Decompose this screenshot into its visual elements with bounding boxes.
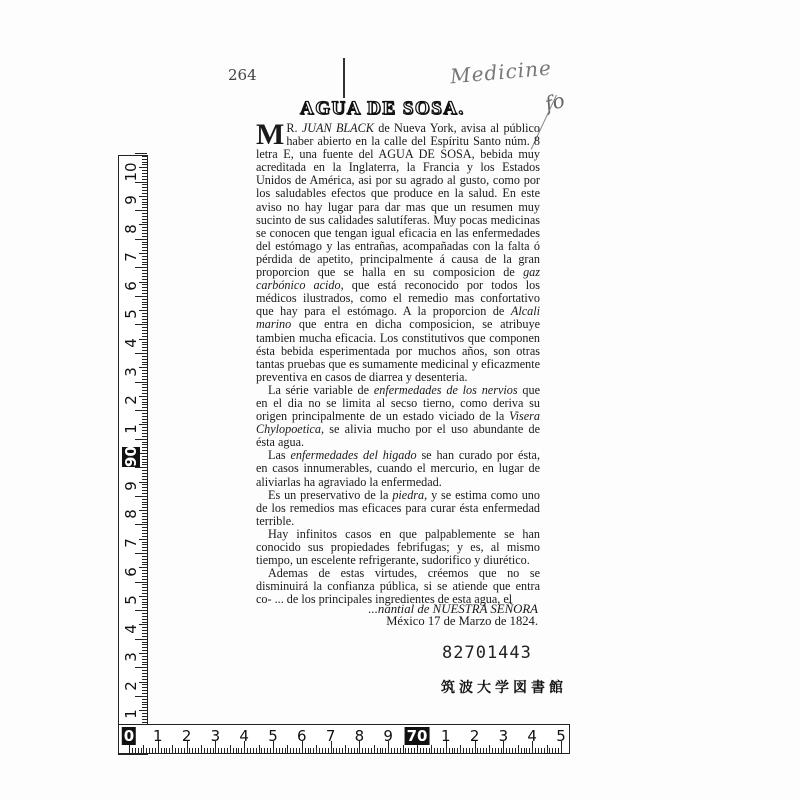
date-line: México 17 de Marzo de 1824.	[310, 614, 538, 629]
ruler-label: 6	[122, 276, 140, 296]
ruler-tick	[139, 396, 147, 397]
body-paragraph: Es un preservativo de la piedra, y se es…	[256, 489, 540, 528]
ruler-tick	[139, 453, 147, 454]
ruler-tick	[142, 716, 147, 717]
ruler-tick	[142, 470, 147, 471]
ruler-label: 7	[122, 533, 140, 553]
ruler-tick	[480, 748, 481, 753]
ruler-tick	[250, 748, 251, 753]
ruler-tick	[152, 748, 153, 753]
ruler-tick	[142, 184, 147, 185]
ruler-tick	[495, 748, 496, 753]
ruler-tick	[405, 748, 406, 753]
ruler-label: 5	[122, 590, 140, 610]
ruler-tick	[142, 299, 147, 300]
ruler-tick	[142, 607, 147, 608]
ruler-tick	[139, 339, 147, 340]
ruler-tick	[142, 347, 147, 348]
ruler-tick	[142, 379, 147, 380]
ruler-tick	[342, 748, 343, 753]
ruler-tick	[142, 370, 147, 371]
ruler-tick	[142, 522, 147, 523]
ruler-tick	[142, 359, 147, 360]
ruler-tick	[142, 156, 147, 157]
ruler-tick	[142, 190, 147, 191]
ruler-tick	[218, 748, 219, 753]
ruler-tick	[139, 710, 147, 711]
ruler-tick	[142, 276, 147, 277]
ruler-tick	[509, 748, 510, 753]
ruler-tick	[142, 330, 147, 331]
handwritten-annotation: Medicine	[449, 56, 553, 89]
ruler-tick	[142, 722, 147, 723]
ruler-label: 9	[383, 727, 393, 745]
ruler-tick	[204, 748, 205, 753]
ruler-tick	[142, 516, 147, 517]
ruler-tick	[420, 748, 421, 753]
ruler-label: 9	[122, 476, 140, 496]
ruler-tick	[142, 293, 147, 294]
ruler-tick	[411, 748, 412, 753]
ruler-tick	[549, 748, 550, 753]
ruler-tick	[142, 490, 147, 491]
ruler-label: 4	[122, 619, 140, 639]
ruler-tick	[142, 327, 147, 328]
ruler-tick	[365, 748, 366, 753]
ruler-label: 3	[499, 727, 509, 745]
ruler-tick	[139, 510, 147, 511]
ruler-tick	[142, 547, 147, 548]
ruler-tick	[282, 748, 283, 753]
ruler-tick	[135, 553, 147, 554]
ruler-tick	[142, 604, 147, 605]
ruler-tick	[142, 259, 147, 260]
ruler-tick	[142, 442, 147, 443]
ruler-tick	[189, 748, 190, 753]
ruler-tick	[477, 748, 478, 753]
vertical-scale-ruler: 01234567899012345678910	[118, 155, 148, 755]
ruler-tick	[142, 319, 147, 320]
ruler-tick	[437, 748, 438, 753]
ruler-label: 0	[122, 727, 136, 745]
body-paragraph: Ademas de estas virtudes, créemos que no…	[256, 567, 540, 606]
ruler-tick	[161, 748, 162, 753]
ruler-tick	[142, 504, 147, 505]
ruler-tick	[142, 676, 147, 677]
ruler-tick	[175, 748, 176, 753]
ruler-label: 3	[122, 647, 140, 667]
ruler-tick	[449, 748, 450, 753]
ruler-tick	[142, 270, 147, 271]
ruler-tick	[142, 599, 147, 600]
ruler-tick	[142, 447, 147, 448]
ruler-tick	[141, 748, 142, 753]
ruler-tick	[132, 748, 133, 753]
ruler-tick	[142, 176, 147, 177]
ruler-tick	[184, 748, 185, 753]
ruler-tick	[142, 476, 147, 477]
ruler-tick	[142, 173, 147, 174]
ruler-tick	[345, 745, 346, 753]
ruler-tick	[142, 213, 147, 214]
ruler-tick	[198, 748, 199, 753]
ruler-tick	[371, 748, 372, 753]
ruler-tick	[290, 748, 291, 753]
ruler-tick	[142, 527, 147, 528]
ruler-tick	[142, 384, 147, 385]
ruler-tick	[142, 664, 147, 665]
ruler-tick	[142, 590, 147, 591]
ruler-label: 1	[153, 727, 163, 745]
body-paragraph: MR. JUAN BLACK de Nueva York, avisa al p…	[256, 122, 540, 384]
ruler-tick	[276, 748, 277, 753]
ruler-tick	[164, 748, 165, 753]
ruler-tick	[139, 253, 147, 254]
ruler-tick	[142, 170, 147, 171]
ruler-tick	[142, 342, 147, 343]
ruler-tick	[142, 573, 147, 574]
ruler-label: 6	[297, 727, 307, 745]
ruler-tick	[142, 333, 147, 334]
ruler-tick	[142, 416, 147, 417]
ruler-tick	[142, 587, 147, 588]
ruler-tick	[142, 550, 147, 551]
ruler-tick	[521, 748, 522, 753]
ruler-tick	[166, 748, 167, 753]
ruler-tick	[518, 745, 519, 753]
ruler-tick	[515, 748, 516, 753]
ruler-tick	[142, 413, 147, 414]
ruler-tick	[139, 224, 147, 225]
ruler-tick	[142, 162, 147, 163]
ruler-tick	[139, 682, 147, 683]
ruler-tick	[142, 647, 147, 648]
ruler-tick	[333, 748, 334, 753]
ruler-tick	[336, 748, 337, 753]
ruler-tick	[142, 404, 147, 405]
ruler-tick	[377, 748, 378, 753]
ruler-tick	[431, 745, 432, 753]
ruler-tick	[210, 748, 211, 753]
ruler-tick	[207, 748, 208, 753]
ruler-tick	[142, 216, 147, 217]
ruler-tick	[142, 542, 147, 543]
ruler-tick	[535, 748, 536, 753]
ruler-tick	[241, 748, 242, 753]
ruler-tick	[142, 287, 147, 288]
ruler-tick	[142, 559, 147, 560]
ruler-tick	[261, 748, 262, 753]
ruler-tick	[139, 424, 147, 425]
ruler-tick	[279, 748, 280, 753]
body-paragraph: Las enfermedades del higado se han curad…	[256, 449, 540, 488]
ruler-tick	[142, 376, 147, 377]
ruler-tick	[142, 222, 147, 223]
ruler-tick	[362, 748, 363, 753]
ruler-tick	[142, 662, 147, 663]
ruler-tick	[142, 704, 147, 705]
ruler-tick	[233, 748, 234, 753]
ruler-tick	[357, 748, 358, 753]
ruler-tick	[394, 748, 395, 753]
ruler-tick	[142, 159, 147, 160]
ruler-tick	[135, 610, 147, 611]
ruler-tick	[142, 316, 147, 317]
ruler-tick	[135, 410, 147, 411]
ruler-label: 90	[122, 447, 140, 467]
ruler-tick	[142, 336, 147, 337]
ruler-tick	[498, 748, 499, 753]
ruler-tick	[463, 748, 464, 753]
ruler-tick	[135, 748, 136, 753]
ruler-tick	[541, 748, 542, 753]
ruler-tick	[142, 530, 147, 531]
ruler-tick	[238, 748, 239, 753]
document-body: MR. JUAN BLACK de Nueva York, avisa al p…	[256, 122, 540, 606]
ruler-tick	[142, 693, 147, 694]
ruler-tick	[142, 484, 147, 485]
ruler-tick	[142, 536, 147, 537]
ruler-tick	[403, 745, 404, 753]
ruler-tick	[538, 748, 539, 753]
ruler-tick	[391, 748, 392, 753]
ruler-tick	[135, 496, 147, 497]
ruler-tick	[142, 576, 147, 577]
ruler-tick	[142, 690, 147, 691]
ruler-label: 4	[527, 727, 537, 745]
ruler-tick	[142, 707, 147, 708]
ruler-tick	[142, 713, 147, 714]
ruler-tick	[142, 450, 147, 451]
ruler-tick	[139, 367, 147, 368]
ruler-tick	[328, 748, 329, 753]
ruler-tick	[380, 748, 381, 753]
ruler-tick	[368, 748, 369, 753]
ruler-label: 8	[122, 504, 140, 524]
ruler-tick	[181, 748, 182, 753]
ruler-tick	[142, 499, 147, 500]
ruler-tick	[139, 310, 147, 311]
ruler-tick	[139, 539, 147, 540]
ruler-tick	[354, 748, 355, 753]
ruler-tick	[230, 745, 231, 753]
ruler-tick	[224, 748, 225, 753]
horizontal-scale-ruler: 01234567897012345	[118, 724, 570, 754]
ruler-tick	[149, 748, 150, 753]
ruler-tick	[142, 419, 147, 420]
ruler-tick	[135, 524, 147, 525]
ruler-tick	[142, 247, 147, 248]
ruler-tick	[270, 748, 271, 753]
ruler-tick	[142, 422, 147, 423]
ruler-tick	[201, 745, 202, 753]
ruler-tick	[139, 482, 147, 483]
ruler-tick	[135, 210, 147, 211]
ruler-tick	[296, 748, 297, 753]
ruler-tick	[374, 745, 375, 753]
ruler-label: 70	[405, 727, 430, 745]
ruler-tick	[142, 493, 147, 494]
ruler-label: 1	[122, 704, 140, 724]
ruler-tick	[142, 233, 147, 234]
ruler-tick	[142, 650, 147, 651]
ruler-tick	[142, 373, 147, 374]
ruler-tick	[142, 627, 147, 628]
ruler-tick	[142, 313, 147, 314]
ruler-tick	[142, 702, 147, 703]
ruler-label: 5	[268, 727, 278, 745]
ruler-tick	[544, 748, 545, 753]
ruler-tick	[308, 748, 309, 753]
ruler-tick	[142, 427, 147, 428]
ruler-tick	[142, 636, 147, 637]
ruler-tick	[227, 748, 228, 753]
ruler-tick	[547, 745, 548, 753]
ruler-tick	[142, 684, 147, 685]
ruler-tick	[142, 279, 147, 280]
ruler-tick	[325, 748, 326, 753]
ruler-tick	[142, 204, 147, 205]
ruler-tick	[142, 513, 147, 514]
ruler-label: 4	[122, 333, 140, 353]
ruler-tick	[142, 659, 147, 660]
ruler-tick	[139, 653, 147, 654]
ruler-label: 7	[122, 247, 140, 267]
ruler-tick	[142, 656, 147, 657]
ruler-tick	[142, 616, 147, 617]
ruler-tick	[142, 402, 147, 403]
ruler-label: 8	[122, 219, 140, 239]
ruler-tick	[142, 562, 147, 563]
ruler-tick	[142, 579, 147, 580]
ruler-tick	[457, 748, 458, 753]
ruler-tick	[142, 679, 147, 680]
ruler-tick	[142, 230, 147, 231]
ruler-tick	[142, 350, 147, 351]
ruler-tick	[526, 748, 527, 753]
ruler-label: 8	[355, 727, 365, 745]
ruler-tick	[443, 748, 444, 753]
ruler-tick	[142, 390, 147, 391]
ruler-tick	[555, 748, 556, 753]
ruler-tick	[524, 748, 525, 753]
ruler-tick	[142, 179, 147, 180]
ruler-tick	[339, 748, 340, 753]
ruler-tick	[397, 748, 398, 753]
ruler-tick	[142, 630, 147, 631]
ruler-tick	[253, 748, 254, 753]
ruler-tick	[285, 748, 286, 753]
ruler-tick	[142, 613, 147, 614]
ruler-tick	[142, 199, 147, 200]
ruler-tick	[142, 250, 147, 251]
ruler-tick	[319, 748, 320, 753]
ruler-tick	[142, 290, 147, 291]
ruler-tick	[142, 622, 147, 623]
ruler-tick	[142, 502, 147, 503]
ruler-tick	[142, 356, 147, 357]
ruler-tick	[142, 670, 147, 671]
ruler-tick	[142, 256, 147, 257]
ruler-tick	[142, 487, 147, 488]
ruler-tick	[142, 262, 147, 263]
ruler-tick	[142, 564, 147, 565]
ruler-tick	[142, 433, 147, 434]
ruler-tick	[247, 748, 248, 753]
ruler-tick	[142, 687, 147, 688]
scanned-document-page: 264 Medicine fo AGUA DE SOSA. MR. JUAN B…	[0, 0, 800, 800]
ruler-tick	[142, 362, 147, 363]
ruler-label: 3	[211, 727, 221, 745]
ruler-tick	[472, 748, 473, 753]
ruler-tick	[142, 399, 147, 400]
ruler-tick	[142, 544, 147, 545]
ruler-tick	[135, 153, 147, 154]
ruler-tick	[426, 748, 427, 753]
ruler-tick	[142, 322, 147, 323]
ruler-tick	[139, 596, 147, 597]
ruler-tick	[423, 748, 424, 753]
ruler-tick	[142, 307, 147, 308]
ruler-tick	[139, 624, 147, 625]
ruler-tick	[142, 273, 147, 274]
ruler-tick	[169, 748, 170, 753]
ruler-tick	[143, 745, 144, 753]
ruler-tick	[135, 667, 147, 668]
ruler-label: 2	[122, 676, 140, 696]
ruler-label: 1	[122, 419, 140, 439]
ruler-tick	[429, 748, 430, 753]
ruler-tick	[142, 407, 147, 408]
ruler-label: 2	[182, 727, 192, 745]
ruler-tick	[142, 227, 147, 228]
ruler-tick	[135, 267, 147, 268]
page-number: 264	[228, 66, 257, 84]
ruler-tick	[142, 459, 147, 460]
ruler-tick	[142, 244, 147, 245]
document-title: AGUA DE SOSA.	[300, 98, 465, 120]
ruler-tick	[142, 619, 147, 620]
ruler-label: 5	[556, 727, 566, 745]
ruler-tick	[305, 748, 306, 753]
ruler-tick	[142, 699, 147, 700]
ruler-tick	[142, 436, 147, 437]
ruler-tick	[316, 745, 317, 753]
ruler-tick	[142, 507, 147, 508]
ruler-tick	[142, 719, 147, 720]
ruler-tick	[466, 748, 467, 753]
ruler-tick	[142, 556, 147, 557]
ruler-tick	[287, 745, 288, 753]
ruler-tick	[264, 748, 265, 753]
ruler-tick	[414, 748, 415, 753]
ruler-tick	[178, 748, 179, 753]
ruler-tick	[259, 745, 260, 753]
ruler-tick	[142, 633, 147, 634]
ruler-label: 2	[470, 727, 480, 745]
ruler-tick	[469, 748, 470, 753]
ruler-tick	[142, 479, 147, 480]
ruler-label: 7	[326, 727, 336, 745]
ruler-tick	[440, 748, 441, 753]
ruler-tick	[155, 748, 156, 753]
ruler-label: 6	[122, 562, 140, 582]
ruler-tick	[348, 748, 349, 753]
ruler-tick	[299, 748, 300, 753]
ruler-tick	[142, 202, 147, 203]
ruler-tick	[142, 570, 147, 571]
ruler-tick	[486, 748, 487, 753]
